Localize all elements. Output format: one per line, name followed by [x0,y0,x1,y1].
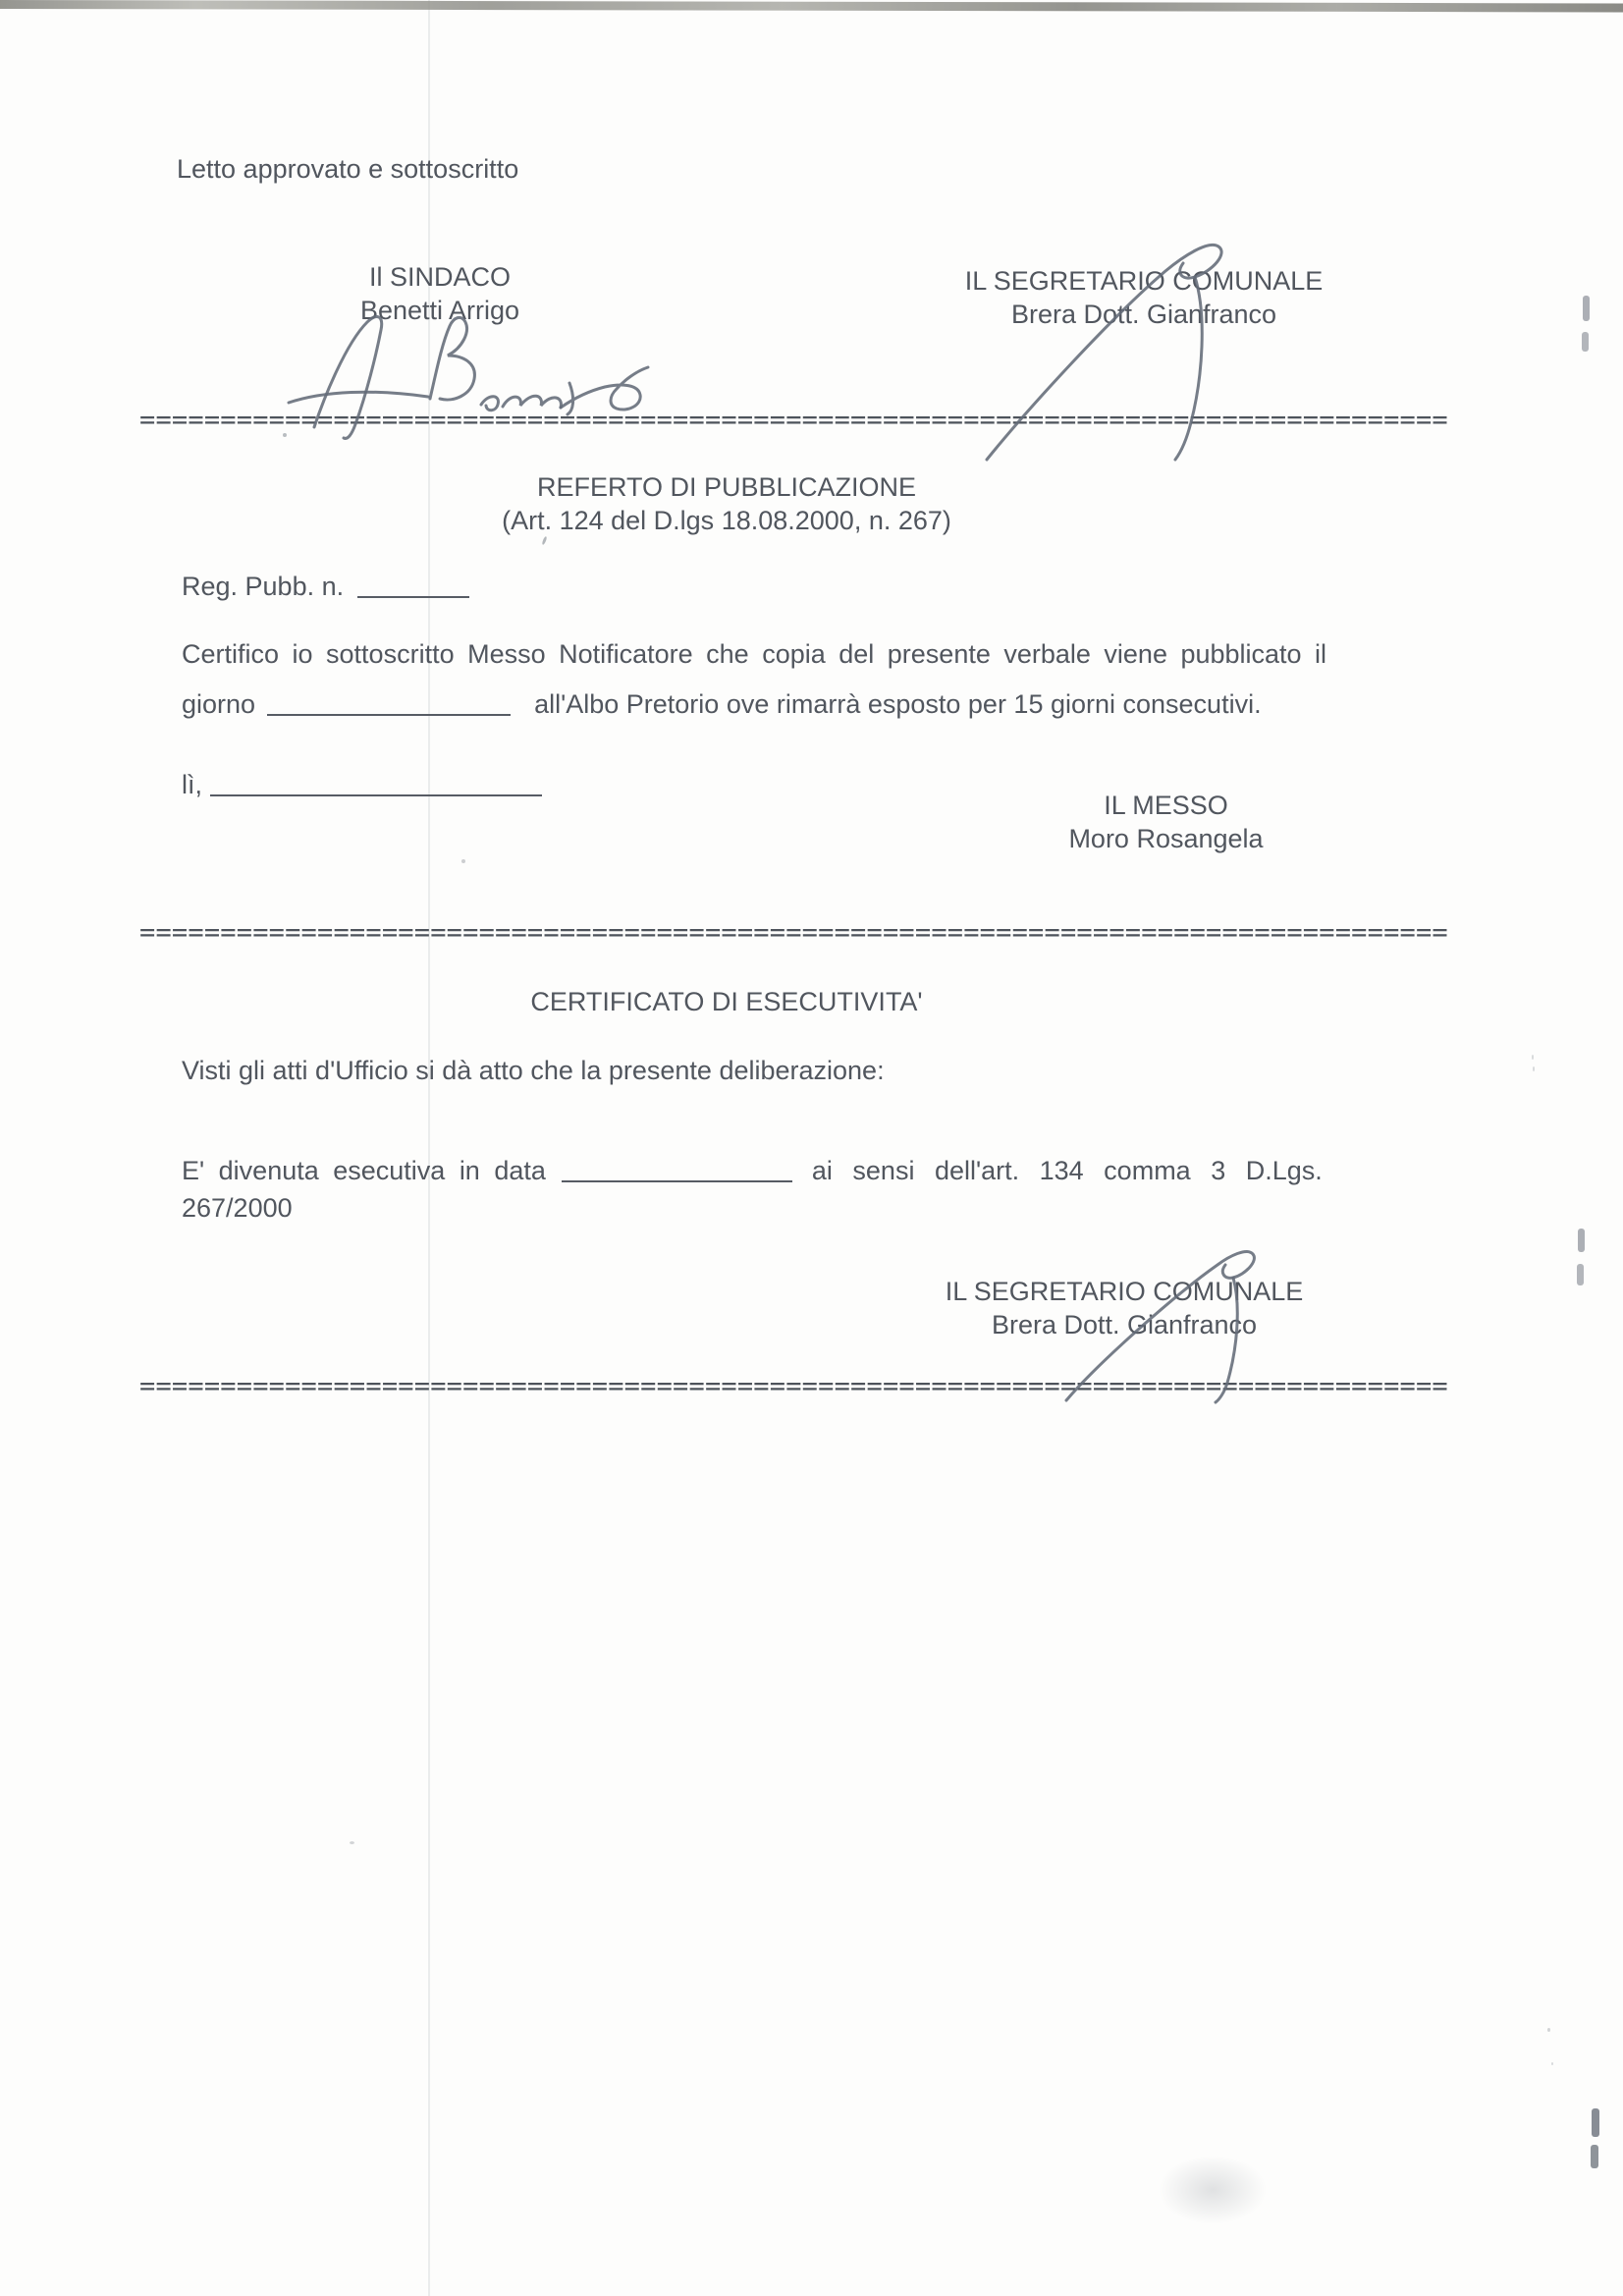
esecutiva-prefix: E' divenuta esecutiva in data [182,1156,546,1185]
esecutiva-suffix: ai sensi dell'art. 134 comma 3 D.Lgs. [812,1156,1323,1185]
scan-speck [1533,1066,1535,1071]
scan-speck [350,1841,354,1844]
segretario2-signature-icon [1051,1245,1321,1407]
referto-title: REFERTO DI PUBBLICAZIONE [314,471,1139,503]
messo-title: IL MESSO [1021,790,1311,821]
scan-speck [1532,1055,1534,1060]
binding-mark [1578,1229,1585,1252]
scan-speck [1551,2062,1553,2065]
referto-subtitle: (Art. 124 del D.lgs 18.08.2000, n. 267) [314,505,1139,536]
messo-name: Moro Rosangela [1021,823,1311,854]
scan-speck [541,536,547,545]
scanner-edge-artifact [0,0,1623,12]
reg-pubb-label: Reg. Pubb. n. [182,572,344,601]
separator-rule: ========================================… [139,923,1448,945]
esecutiva-line: E' divenuta esecutiva in dataai sensi de… [182,1155,1323,1186]
li-label: lì, [182,770,202,799]
esecutiva-line2: 267/2000 [182,1192,293,1224]
li-blank [210,777,542,796]
closing-line: Letto approvato e sottoscritto [177,153,518,185]
esecutiva-data-blank [562,1163,792,1182]
certifico-line1: Certifico io sottoscritto Messo Notifica… [182,638,1326,670]
certificato-title: CERTIFICATO DI ESECUTIVITA' [314,986,1139,1017]
reg-pubb-line: Reg. Pubb. n. [182,571,469,602]
binding-mark [1582,332,1589,352]
segretario-signature-icon [965,232,1304,467]
certifico-line2: giornoall'Albo Pretorio ove rimarrà espo… [182,688,1262,720]
scan-smudge [1159,2156,1267,2224]
giorno-label: giorno [182,689,255,719]
certifico-line2-rest: all'Albo Pretorio ove rimarrà esposto pe… [534,689,1262,719]
scanned-document-page: Letto approvato e sottoscritto Il SINDAC… [0,0,1623,2296]
scan-speck [461,859,465,863]
scan-speck [1547,2028,1550,2032]
binding-mark [1583,296,1590,321]
sindaco-title: Il SINDACO [312,261,568,293]
binding-mark [1577,1264,1584,1285]
sindaco-signature-icon [285,304,658,442]
binding-mark [1592,2108,1599,2137]
giorno-blank [267,696,511,716]
visti-line: Visti gli atti d'Ufficio si dà atto che … [182,1055,885,1086]
binding-mark [1591,2145,1598,2168]
reg-pubb-blank [357,578,469,598]
li-line: lì, [182,769,542,800]
